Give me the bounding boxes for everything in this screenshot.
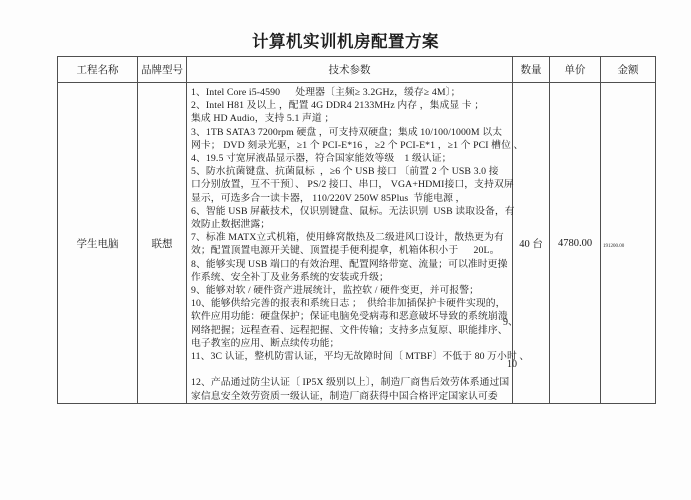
cell-project-name: 学生电脑 <box>58 83 138 404</box>
spec-text: 1、Intel Core i5-4590 处理器〔主频≥ 3.2GHz，缓存≥ … <box>191 86 510 403</box>
cell-amount: 191200.00 <box>601 83 656 404</box>
cell-specs: 1、Intel Core i5-4590 处理器〔主频≥ 3.2GHz，缓存≥ … <box>187 83 513 404</box>
col-header-project: 工程名称 <box>58 57 138 83</box>
table-header-row: 工程名称 品牌型号 技术参数 数量 单价 金额 <box>58 57 656 83</box>
document-page: 计算机实训机房配置方案 工程名称 品牌型号 技术参数 数量 单价 金额 学生电脑… <box>0 0 691 500</box>
col-header-specs: 技术参数 <box>187 57 513 83</box>
margin-note-9: 9、 <box>503 313 518 328</box>
table-row: 学生电脑 联想 1、Intel Core i5-4590 处理器〔主频≥ 3.2… <box>58 83 656 404</box>
col-header-unit-price: 单价 <box>550 57 601 83</box>
config-table: 工程名称 品牌型号 技术参数 数量 单价 金额 学生电脑 联想 1、Intel … <box>57 56 656 404</box>
col-header-brand: 品牌型号 <box>138 57 187 83</box>
cell-brand: 联想 <box>138 83 187 404</box>
col-header-quantity: 数量 <box>513 57 550 83</box>
cell-unit-price: 4780.00 <box>550 83 601 404</box>
margin-note-10: 10 <box>507 359 517 370</box>
page-title: 计算机实训机房配置方案 <box>0 28 691 52</box>
col-header-amount: 金额 <box>601 57 656 83</box>
amount-value: 191200.00 <box>603 244 624 249</box>
